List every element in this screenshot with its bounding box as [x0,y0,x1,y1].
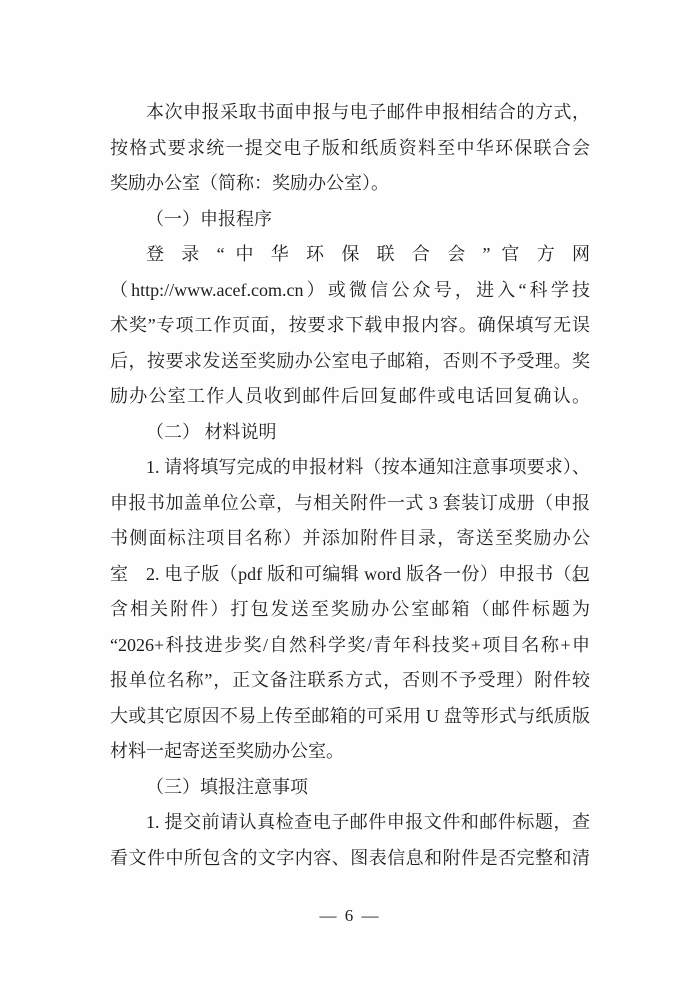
text-line: 本次申报采取书面申报与电子邮件申报相结合的方式， [110,95,590,131]
text-line: 奖励办公室（简称：奖励办公室）。 [110,166,590,202]
text-line: 2. 电子版（pdf 版和可编辑 word 版各一份）申报书（包 [110,557,590,593]
text-line: （三）填报注意事项 [110,770,590,806]
text-line: 书侧面标注项目名称）并添加附件目录，寄送至奖励办公室。 [110,521,590,557]
text-line: 含相关附件）打包发送至奖励办公室邮箱（邮件标题为 [110,592,590,628]
document-page: 本次申报采取书面申报与电子邮件申报相结合的方式，按格式要求统一提交电子版和纸质资… [0,0,700,989]
text-line: （二） 材料说明 [110,415,590,451]
text-line: 后，按要求发送至奖励办公室电子邮箱，否则不予受理。奖 [110,344,590,380]
text-line: 看文件中所包含的文字内容、图表信息和附件是否完整和清 [110,841,590,877]
text-line: 1. 请将填写完成的申报材料（按本通知注意事项要求）、 [110,450,590,486]
text-line: 材料一起寄送至奖励办公室。 [110,734,590,770]
document-body: 本次申报采取书面申报与电子邮件申报相结合的方式，按格式要求统一提交电子版和纸质资… [110,95,590,876]
text-line: 按格式要求统一提交电子版和纸质资料至中华环保联合会 [110,131,590,167]
text-line: 报单位名称”，正文备注联系方式，否则不予受理）附件较 [110,663,590,699]
text-line: 申报书加盖单位公章，与相关附件一式 3 套装订成册（申报 [110,486,590,522]
page-number: — 6 — [0,898,700,933]
text-line: 励办公室工作人员收到邮件后回复邮件或电话回复确认。 [110,379,590,415]
text-line: 1. 提交前请认真检查电子邮件申报文件和邮件标题，查 [110,805,590,841]
text-line: （一）申报程序 [110,202,590,238]
text-line: 登 录 “ 中 华 环 保 联 合 会 ” 官 方 网 [110,237,590,273]
text-line: 术奖”专项工作页面，按要求下载申报内容。确保填写无误 [110,308,590,344]
text-line: （http://www.acef.com.cn）或微信公众号，进入“科学技 [110,273,590,309]
text-line: “2026+科技进步奖/自然科学奖/青年科技奖+项目名称+申 [110,628,590,664]
text-line: 大或其它原因不易上传至邮箱的可采用 U 盘等形式与纸质版 [110,699,590,735]
